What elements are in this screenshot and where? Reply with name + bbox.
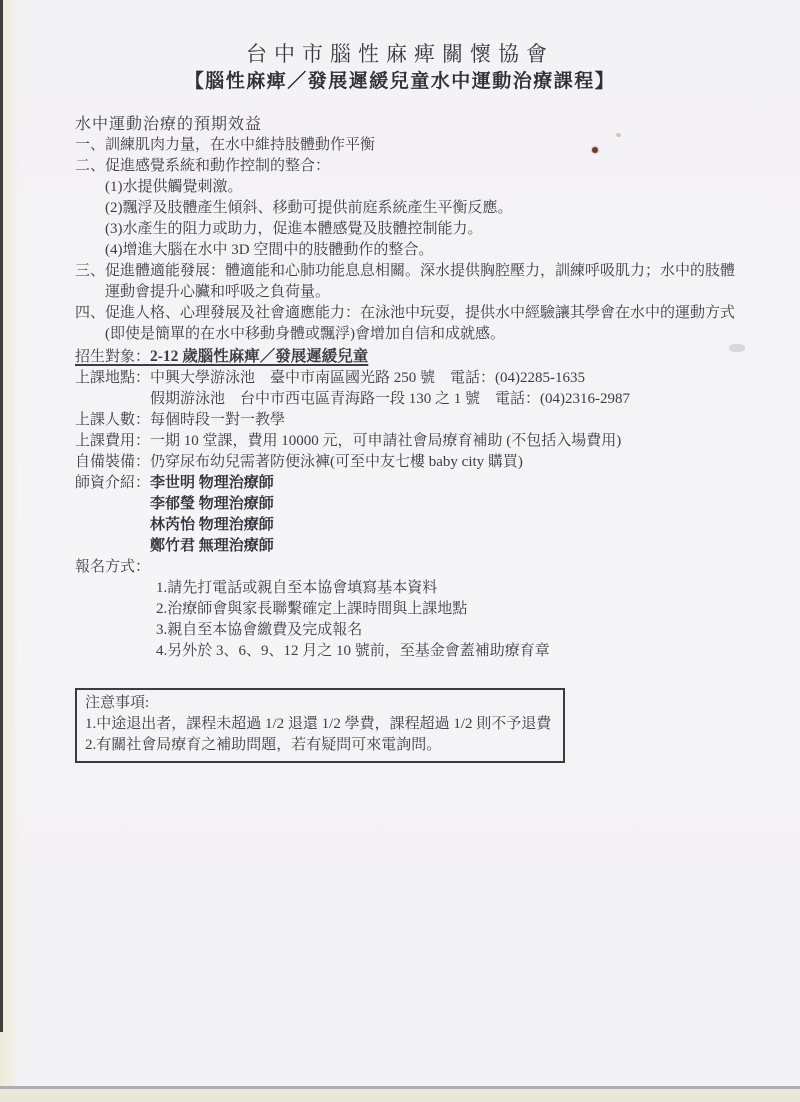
location-line-1: 上課地點：中興大學游泳池 臺中市南區國光路 250 號 電話：(04)2285-… bbox=[75, 368, 745, 389]
teachers-line-1: 師資介紹：李世明 物理治療師 bbox=[75, 473, 745, 494]
location-label: 上課地點： bbox=[75, 370, 150, 386]
benefit-item-4: 四、促進人格、心理發展及社會適應能力：在泳池中玩耍，提供水中經驗讓其學會在水中的… bbox=[75, 303, 745, 345]
fee-label: 上課費用： bbox=[75, 433, 150, 449]
enrollment-value: 2-12 歲腦性麻痺／發展遲緩兒童 bbox=[150, 348, 368, 365]
teacher-name: 李世明 物理治療師 bbox=[150, 475, 274, 491]
signup-step: 2.治療師會與家長聯繫確定上課時間與上課地點 bbox=[156, 599, 745, 620]
location-line-2: 假期游泳池 台中市西屯區青海路一段 130 之 1 號 電話：(04)2316-… bbox=[150, 389, 745, 410]
enrollment-underlined-text: 招生對象：2-12 歲腦性麻痺／發展遲緩兒童 bbox=[75, 349, 368, 365]
benefit-item-3: 三、促進體適能發展：體適能和心肺功能息息相關。深水提供胸腔壓力，訓練呼吸肌力；水… bbox=[75, 261, 745, 303]
benefit-subitem: (1)水提供觸覺刺激。 bbox=[105, 177, 745, 198]
notes-heading: 注意事項: bbox=[85, 693, 553, 714]
equipment-label: 自備裝備： bbox=[75, 454, 150, 470]
note-item: 1.中途退出者，課程未超過 1/2 退還 1/2 學費，課程超過 1/2 則不予… bbox=[85, 714, 553, 735]
document-header: 台中市腦性麻痺關懷協會 【腦性麻痺／發展遲緩兒童水中運動治療課程】 bbox=[0, 0, 800, 92]
teachers-label: 師資介紹： bbox=[75, 475, 150, 491]
signup-step: 3.親自至本協會繳費及完成報名 bbox=[156, 620, 745, 641]
enrollment-label: 招生對象： bbox=[75, 349, 150, 365]
fee-value: 一期 10 堂課，費用 10000 元，可申請社會局療育補助 (不包括入場費用) bbox=[150, 433, 621, 449]
signup-step: 4.另外於 3、6、9、12 月之 10 號前，至基金會蓋補助療育章 bbox=[156, 641, 745, 662]
class-size-label: 上課人數： bbox=[75, 412, 150, 428]
equipment-line: 自備裝備：仍穿尿布幼兒需著防便泳褲(可至中友七樓 baby city 購買) bbox=[75, 452, 745, 473]
course-title: 【腦性麻痺／發展遲緩兒童水中運動治療課程】 bbox=[0, 71, 800, 92]
signup-step: 1.請先打電話或親自至本協會填寫基本資料 bbox=[156, 578, 745, 599]
signup-heading: 報名方式： bbox=[75, 557, 745, 578]
document-body: 水中運動治療的預期效益 一、訓練肌肉力量，在水中維持肢體動作平衡 二、促進感覺系… bbox=[75, 114, 745, 662]
organization-title: 台中市腦性麻痺關懷協會 bbox=[0, 44, 800, 65]
location-1: 中興大學游泳池 臺中市南區國光路 250 號 電話：(04)2285-1635 bbox=[150, 370, 585, 386]
teacher-name: 林芮怡 物理治療師 bbox=[150, 515, 745, 536]
benefits-heading: 水中運動治療的預期效益 bbox=[75, 114, 745, 135]
document: 台中市腦性麻痺關懷協會 【腦性麻痺／發展遲緩兒童水中運動治療課程】 水中運動治療… bbox=[0, 0, 800, 763]
enrollment-target-line: 招生對象：2-12 歲腦性麻痺／發展遲緩兒童 bbox=[75, 346, 745, 368]
scan-edge-bottom-band bbox=[0, 1089, 800, 1102]
benefit-subitem: (4)增進大腦在水中 3D 空間中的肢體動作的整合。 bbox=[105, 240, 745, 261]
notes-box: 注意事項: 1.中途退出者，課程未超過 1/2 退還 1/2 學費，課程超過 1… bbox=[75, 688, 565, 763]
class-size-line: 上課人數：每個時段一對一教學 bbox=[75, 410, 745, 431]
teacher-name: 鄭竹君 無理治療師 bbox=[150, 536, 745, 557]
note-item: 2.有關社會局療育之補助問題，若有疑問可來電詢問。 bbox=[85, 735, 553, 756]
fee-line: 上課費用：一期 10 堂課，費用 10000 元，可申請社會局療育補助 (不包括… bbox=[75, 431, 745, 452]
benefit-item-1: 一、訓練肌肉力量，在水中維持肢體動作平衡 bbox=[75, 135, 745, 156]
signup-steps: 1.請先打電話或親自至本協會填寫基本資料 2.治療師會與家長聯繫確定上課時間與上… bbox=[156, 578, 745, 662]
benefit-subitem: (3)水產生的阻力或助力，促進本體感覺及肢體控制能力。 bbox=[105, 219, 745, 240]
class-size-value: 每個時段一對一教學 bbox=[150, 412, 285, 428]
teacher-name: 李郁瑩 物理治療師 bbox=[150, 494, 745, 515]
benefit-subitem: (2)飄浮及肢體產生傾斜、移動可提供前庭系統產生平衡反應。 bbox=[105, 198, 745, 219]
equipment-value: 仍穿尿布幼兒需著防便泳褲(可至中友七樓 baby city 購買) bbox=[150, 454, 523, 470]
benefit-item-2: 二、促進感覺系統和動作控制的整合： bbox=[75, 156, 745, 177]
benefit-item-2-sublist: (1)水提供觸覺刺激。 (2)飄浮及肢體產生傾斜、移動可提供前庭系統產生平衡反應… bbox=[105, 177, 745, 261]
